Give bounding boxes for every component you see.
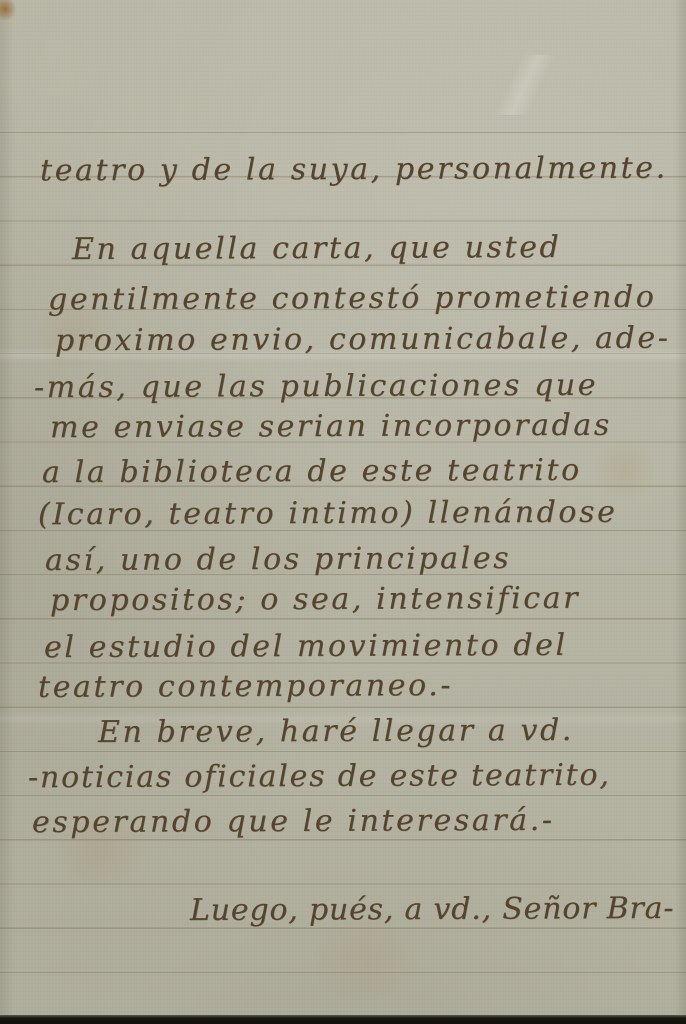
handwriting-line-14: -noticias oficiales de este teatrito,: [28, 758, 611, 796]
handwriting-line-12: teatro contemporaneo.-: [38, 668, 453, 705]
handwriting-line-15: esperando que le interesará.-: [32, 803, 555, 840]
handwriting-line-2: En aquella carta, que usted: [72, 230, 561, 267]
letter-page: teatro y de la suya, personalmente. En a…: [0, 0, 686, 1024]
handwriting-line-9: así, uno de los principales: [45, 541, 511, 578]
handwriting-line-16: Luego, pués, a vd., Señor Bra-: [190, 891, 674, 928]
handwriting-line-1: teatro y de la suya, personalmente.: [40, 151, 668, 189]
handwriting-line-4: proximo envio, comunicabale, ade-: [55, 321, 671, 359]
handwriting-line-6: me enviase serian incorporadas: [50, 408, 612, 445]
handwriting-line-13: En breve, haré llegar a vd.: [98, 713, 574, 750]
handwriting-line-10: propositos; o sea, intensificar: [50, 581, 580, 618]
handwriting-line-7: a la biblioteca de este teatrito: [42, 453, 582, 490]
photo-bottom-edge: [0, 1015, 686, 1024]
handwriting-line-11: el estudio del movimiento del: [44, 628, 568, 665]
handwriting-line-8: (Icaro, teatro intimo) llenándose: [38, 495, 618, 533]
handwriting-line-5: -más, que las publicaciones que: [34, 368, 598, 405]
handwriting-line-3: gentilmente contestó prometiendo: [48, 280, 657, 318]
